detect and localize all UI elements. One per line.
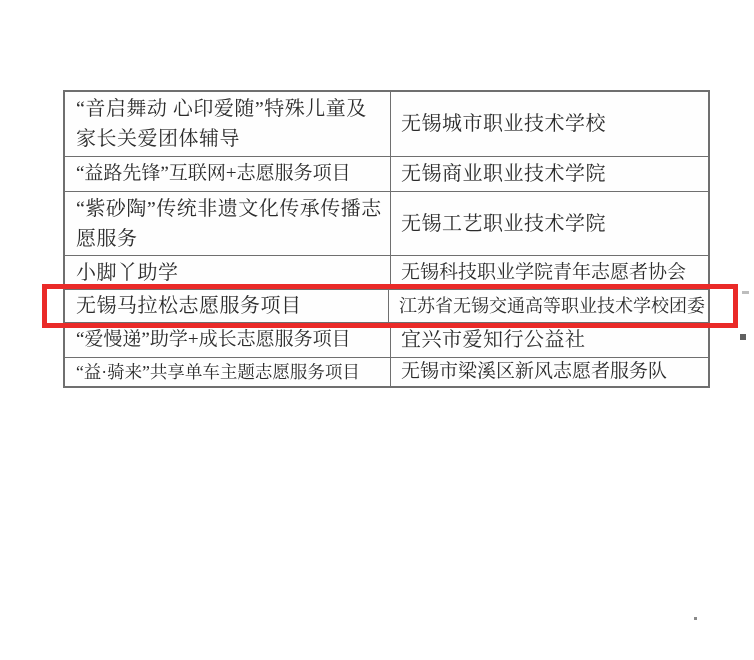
organization-cell: 无锡城市职业技术学校	[391, 92, 708, 156]
projects-table: “音启舞动 心印爱随”特殊儿童及家长关爱团体辅导 无锡城市职业技术学校 “益路先…	[63, 90, 710, 388]
project-cell: “爱慢递”助学+成长志愿服务项目	[65, 323, 391, 357]
organization-cell: 无锡商业职业技术学院	[391, 157, 708, 191]
project-name: “爱慢递”助学+成长志愿服务项目	[76, 325, 351, 355]
organization-cell: 无锡科技职业学院青年志愿者协会	[391, 256, 708, 289]
organization-cell: 江苏省无锡交通高等职业技术学校团委	[389, 290, 708, 322]
table-row: “益路先锋”互联网+志愿服务项目 无锡商业职业技术学院	[65, 156, 708, 191]
project-name: “音启舞动 心印爱随”特殊儿童及家长关爱团体辅导	[76, 94, 387, 154]
project-name: 小脚丫助学	[76, 258, 179, 288]
organization-cell: 宜兴市爱知行公益社	[391, 323, 708, 357]
scan-artifact-square	[740, 334, 746, 340]
organization-cell: 无锡市梁溪区新风志愿者服务队	[391, 358, 708, 386]
table-row: “紫砂陶”传统非遗文化传承传播志愿服务 无锡工艺职业技术学院	[65, 191, 708, 255]
organization-name: 无锡城市职业技术学校	[401, 109, 606, 139]
table-row: “音启舞动 心印爱随”特殊儿童及家长关爱团体辅导 无锡城市职业技术学校	[65, 92, 708, 156]
project-name: “益·骑来”共享单车主题志愿服务项目	[76, 357, 360, 387]
project-name: “益路先锋”互联网+志愿服务项目	[76, 159, 351, 189]
project-cell: “紫砂陶”传统非遗文化传承传播志愿服务	[65, 192, 391, 255]
table-row-highlighted: 无锡马拉松志愿服务项目 江苏省无锡交通高等职业技术学校团委	[65, 289, 708, 322]
organization-name: 无锡科技职业学院青年志愿者协会	[401, 258, 686, 288]
project-cell: “益·骑来”共享单车主题志愿服务项目	[65, 358, 391, 386]
scan-artifact-dash	[742, 291, 749, 294]
table-row: 小脚丫助学 无锡科技职业学院青年志愿者协会	[65, 255, 708, 289]
table-row: “益·骑来”共享单车主题志愿服务项目 无锡市梁溪区新风志愿者服务队	[65, 357, 708, 386]
organization-name: 无锡商业职业技术学院	[401, 159, 606, 189]
project-cell: “益路先锋”互联网+志愿服务项目	[65, 157, 391, 191]
organization-name: 宜兴市爱知行公益社	[401, 325, 586, 355]
organization-name: 无锡工艺职业技术学院	[401, 209, 606, 239]
scanned-page: “音启舞动 心印爱随”特殊儿童及家长关爱团体辅导 无锡城市职业技术学校 “益路先…	[0, 0, 754, 660]
table-row: “爱慢递”助学+成长志愿服务项目 宜兴市爱知行公益社	[65, 322, 708, 357]
project-cell: 无锡马拉松志愿服务项目	[65, 290, 389, 322]
project-name: 无锡马拉松志愿服务项目	[76, 291, 302, 321]
project-cell: 小脚丫助学	[65, 256, 391, 289]
organization-name: 江苏省无锡交通高等职业技术学校团委	[399, 291, 705, 321]
organization-name: 无锡市梁溪区新风志愿者服务队	[401, 357, 667, 387]
scan-artifact-dot	[694, 617, 697, 620]
project-cell: “音启舞动 心印爱随”特殊儿童及家长关爱团体辅导	[65, 92, 391, 156]
organization-cell: 无锡工艺职业技术学院	[391, 192, 708, 255]
project-name: “紫砂陶”传统非遗文化传承传播志愿服务	[76, 194, 387, 254]
